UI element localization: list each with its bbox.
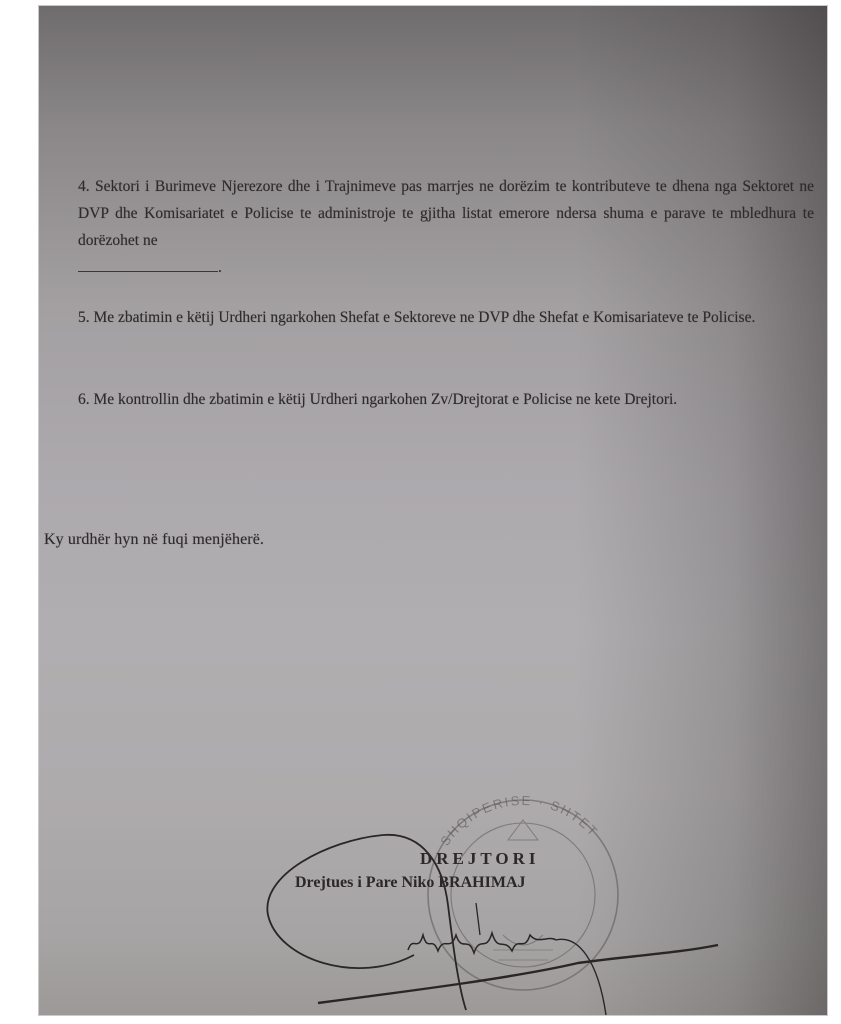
paragraph-text: Me zbatimin e këtij Urdheri ngarkohen Sh… — [94, 309, 756, 326]
signature-underline-icon — [318, 945, 718, 1003]
document-photo: 4. Sektori i Burimeve Njerezore dhe i Tr… — [38, 5, 828, 1016]
paragraph-5: 5. Me zbatimin e këtij Urdheri ngarkohen… — [78, 304, 814, 331]
blank-fill-line — [78, 261, 218, 272]
paragraph-trailing: . — [218, 259, 222, 276]
stamp-and-signature-icon: SHQIPERISE · SHTET — [218, 785, 738, 1015]
paragraph-number: 6. — [78, 391, 90, 408]
signatory-title: DREJTORI — [420, 849, 540, 869]
signature-block: SHQIPERISE · SHTET DREJTORI Drejtues i P… — [218, 785, 738, 1015]
closing-note: Ky urdhër hyn në fuqi menjëherë. — [44, 531, 264, 549]
paragraph-number: 5. — [78, 309, 90, 326]
paragraph-number: 4. — [78, 178, 90, 195]
paragraph-text: Sektori i Burimeve Njerezore dhe i Trajn… — [78, 178, 814, 249]
paragraph-text: Me kontrollin dhe zbatimin e këtij Urdhe… — [94, 391, 678, 408]
signatory-name: Drejtues i Pare Niko BRAHIMAJ — [295, 874, 526, 892]
paragraph-4: 4. Sektori i Burimeve Njerezore dhe i Tr… — [78, 173, 814, 281]
paragraph-6: 6. Me kontrollin dhe zbatimin e këtij Ur… — [78, 386, 814, 413]
